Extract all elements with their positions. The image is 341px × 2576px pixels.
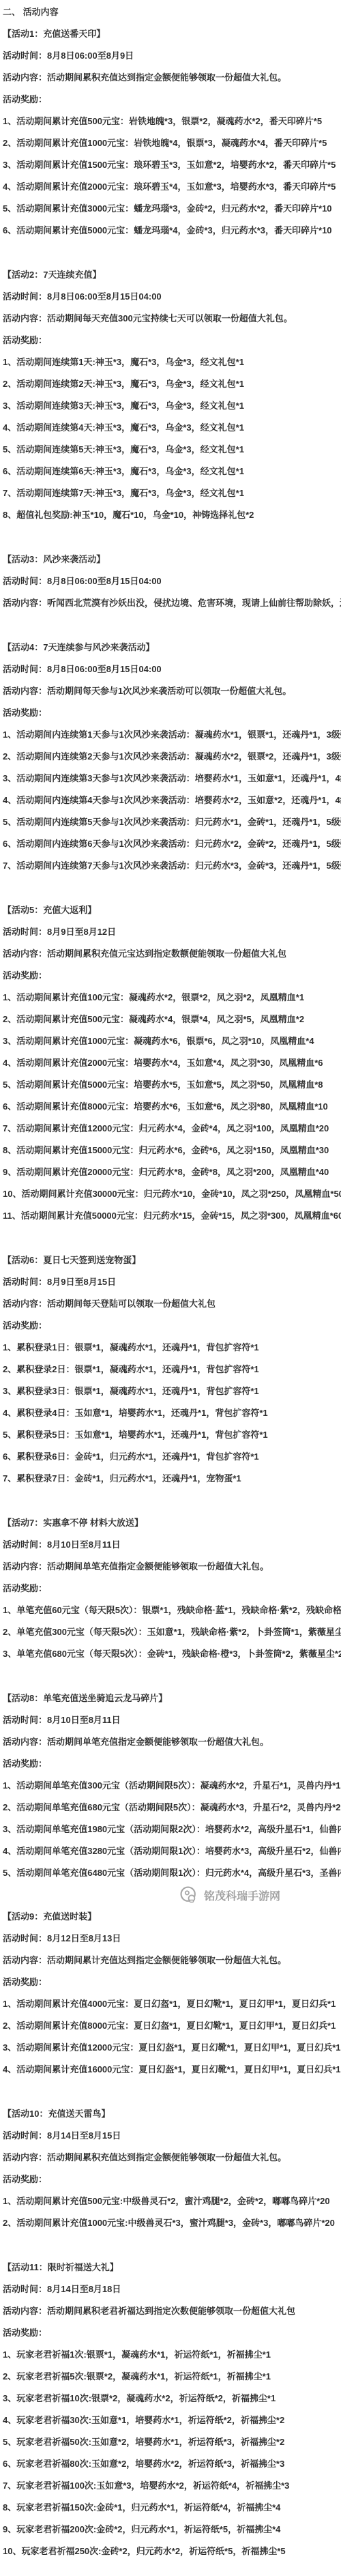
activity-time: 活动时间：8月9日至8月12日	[3, 921, 341, 943]
reward-item: 4、活动期间累计充值16000元宝：夏日幻盔*1，夏日幻靴*1，夏日幻甲*1，夏…	[3, 2059, 341, 2081]
reward-item: 3、单笔充值680元宝（每天限5次）：金砖*1，残缺命格·橙*3，卜卦签筒*2，…	[3, 1643, 341, 1665]
reward-item: 5、活动期间单笔充值6480元宝（活动期间限1次）：归元药水*4，高级升星石*3…	[3, 1862, 341, 1884]
activity-content: 活动内容：活动期间累计充值达到指定金额便能够领取一份超值大礼包。	[3, 1950, 341, 1971]
reward-label: 活动奖励：	[3, 702, 341, 724]
activity-time: 活动时间：8月10日至8月11日	[3, 1709, 341, 1731]
activity-section-4: 【活动4：7天连续参与风沙来袭活动】活动时间：8月8日06:00至8月15日04…	[3, 637, 341, 877]
reward-item: 2、单笔充值300元宝（每天限5次）：玉如意*1，残缺命格·紫*2，卜卦签筒*1…	[3, 1621, 341, 1643]
reward-item: 6、活动期间内连续第6天参与1次风沙来袭活动：归元药水*2，金砖*2，还魂丹*1…	[3, 833, 341, 855]
reward-item: 5、累积登录5日：玉如意*1，培婴药水*1，还魂丹*1，背包扩容符*1	[3, 1424, 341, 1446]
activity-section-6: 【活动6：夏日七天签到送宠物蛋】活动时间：8月9日至8月15日活动内容：活动期间…	[3, 1249, 341, 1490]
reward-item: 7、玩家老君祈福100次:玉如意*3，培婴药水*2，祈运符纸*4，祈福拂尘*3	[3, 2475, 341, 2497]
reward-item: 2、活动期间累计充值1000元宝:中级兽灵石*3，蜜汁鸡腿*3，金砖*3，嘟嘟鸟…	[3, 2212, 341, 2234]
reward-item: 6、活动期间连续第6天:神玉*3，魔石*3，乌金*3，经文礼包*1	[3, 461, 341, 482]
activity-time: 活动时间：8月14日至8月18日	[3, 2278, 341, 2300]
activity-time: 活动时间：8月8日06:00至8月15日04:00	[3, 659, 341, 680]
reward-item: 7、活动期间连续第7天:神玉*3，魔石*3，乌金*3，经文礼包*1	[3, 482, 341, 504]
activity-content: 活动内容：活动期间单笔充值指定金额便能够领取一份超值大礼包。	[3, 1731, 341, 1753]
activity-header: 【活动11：限时祈福送大礼】	[3, 2257, 341, 2278]
activity-section-2: 【活动2：7天连续充值】活动时间：8月8日06:00至8月15日04:00活动内…	[3, 264, 341, 526]
reward-item: 3、活动期间累计充值1500元宝：琅环碧玉*3，玉如意*2，培婴药水*2，番天印…	[3, 154, 341, 176]
reward-item: 1、活动期间累计充值500元宝：岩铁地魄*3，银票*2，凝魂药水*2，番天印碎片…	[3, 111, 341, 132]
reward-item: 1、活动期间累计充值4000元宝：夏日幻盔*1，夏日幻靴*1，夏日幻甲*1，夏日…	[3, 1993, 341, 2015]
activity-content: 活动内容：活动期间每天充值300元宝持续七天可以领取一份超值大礼包。	[3, 308, 341, 330]
reward-item: 5、活动期间内连续第5天参与1次风沙来袭活动：归元药水*1，金砖*1，还魂丹*1…	[3, 811, 341, 833]
reward-item: 4、活动期间累计充值2000元宝：琅环碧玉*4，玉如意*3，培婴药水*3，番天印…	[3, 176, 341, 198]
reward-item: 9、活动期间累计充值20000元宝：归元药水*8，金砖*8，凤之羽*200，凤凰…	[3, 1161, 341, 1183]
reward-item: 3、活动期间单笔充值1980元宝（活动期间限2次）：培婴药水*2，高级升星石*1…	[3, 1819, 341, 1840]
activity-section-3: 【活动3：风沙来袭活动】活动时间：8月8日06:00至8月15日04:00活动内…	[3, 549, 341, 614]
reward-label: 活动奖励：	[3, 1971, 341, 1993]
reward-item: 8、超值礼包奖励:神玉*10，魔石*10，乌金*10，神铸选择礼包*2	[3, 504, 341, 526]
reward-item: 4、活动期间单笔充值3280元宝（活动期间限1次）：培婴药水*3，高级升星石*2…	[3, 1840, 341, 1862]
activity-section-7: 【活动7：实惠拿不停 材料大放送】活动时间：8月10日至8月11日活动内容：活动…	[3, 1512, 341, 1665]
reward-item: 2、活动期间连续第2天:神玉*3，魔石*3，乌金*3，经文礼包*1	[3, 373, 341, 395]
reward-label: 活动奖励：	[3, 2322, 341, 2344]
reward-item: 1、玩家老君祈福1次:银票*1，凝魂药水*1，祈运符纸*1，祈福拂尘*1	[3, 2344, 341, 2366]
activity-content: 活动内容：活动期间每天登陆可以领取一份超值大礼包	[3, 1293, 341, 1315]
reward-item: 8、活动期间累计充值15000元宝：归元药水*6，金砖*6，凤之羽*150，凤凰…	[3, 1140, 341, 1161]
activity-section-10: 【活动10：充值送天雷鸟】活动时间：8月14日至8月15日活动内容：活动期间累积…	[3, 2103, 341, 2234]
reward-item: 5、活动期间累计充值3000元宝：蟠龙玛瑙*3，金砖*2，归元药水*2，番天印碎…	[3, 198, 341, 220]
reward-item: 6、玩家老君祈福80次:玉如意*2，培婴药水*2，祈运符纸*3，祈福拂尘*3	[3, 2453, 341, 2475]
activity-header: 【活动7：实惠拿不停 材料大放送】	[3, 1512, 341, 1534]
activity-time: 活动时间：8月12日至8月13日	[3, 1928, 341, 1950]
reward-label: 活动奖励：	[3, 89, 341, 111]
activity-section-9: 【活动9：充值送时装】活动时间：8月12日至8月13日活动内容：活动期间累计充值…	[3, 1906, 341, 2081]
activity-time: 活动时间：8月9日至8月15日	[3, 1271, 341, 1293]
reward-label: 活动奖励：	[3, 1578, 341, 1600]
reward-item: 9、玩家老君祈福200次:金砖*2，归元药水*1，祈运符纸*5，祈福拂尘*4	[3, 2519, 341, 2541]
reward-item: 1、活动期间内连续第1天参与1次风沙来袭活动：凝魂药水*1，银票*1，还魂丹*1…	[3, 724, 341, 746]
activity-header: 【活动9：充值送时装】	[3, 1906, 341, 1928]
activity-content: 活动内容：活动期间累积充值达到指定金额便能够领取一份超值大礼包。	[3, 2147, 341, 2169]
reward-item: 2、活动期间内连续第2天参与1次风沙来袭活动：凝魂药水*2，银票*2，还魂丹*1…	[3, 746, 341, 768]
reward-item: 6、活动期间累计充值8000元宝：培婴药水*6，玉如意*6，凤之羽*80，凤凰精…	[3, 1096, 341, 1118]
activity-content: 活动内容：活动期间每天参与1次风沙来袭活动可以领取一份超值大礼包。	[3, 680, 341, 702]
activity-time: 活动时间：8月8日06:00至8月15日04:00	[3, 286, 341, 308]
reward-item: 1、活动期间累计充值100元宝：凝魂药水*2，银票*2，凤之羽*2，凤凰精血*1	[3, 987, 341, 1009]
reward-item: 10、玩家老君祈福250次:金砖*2，归元药水*2，祈运符纸*5，祈福拂尘*5	[3, 2541, 341, 2562]
reward-item: 10、活动期间累计充值30000元宝：归元药水*10，金砖*10，凤之羽*250…	[3, 1183, 341, 1205]
reward-item: 8、玩家老君祈福150次:金砖*1，归元药水*1，祈运符纸*4，祈福拂尘*4	[3, 2497, 341, 2519]
activity-content: 活动内容：活动期间累积充值元宝达到指定数额便能领取一份超值大礼包	[3, 943, 341, 965]
activity-time: 活动时间：8月8日06:00至8月15日04:00	[3, 570, 341, 592]
activity-header: 【活动5：充值大返利】	[3, 899, 341, 921]
reward-item: 4、累积登录4日：玉如意*1，培婴药水*1，还魂丹*1，背包扩容符*1	[3, 1402, 341, 1424]
watermark-text: 铭茂科瑞手游网	[204, 1887, 280, 1903]
activity-header: 【活动6：夏日七天签到送宠物蛋】	[3, 1249, 341, 1271]
reward-item: 6、活动期间累计充值5000元宝：蟠龙玛瑙*4，金砖*3，归元药水*3，番天印碎…	[3, 220, 341, 242]
activity-time: 活动时间：8月10日至8月11日	[3, 1534, 341, 1556]
reward-item: 3、活动期间连续第3天:神玉*3，魔石*3，乌金*3，经文礼包*1	[3, 395, 341, 417]
reward-item: 2、活动期间单笔充值680元宝（活动期间限5次）：凝魂药水*3，升星石*2，灵兽…	[3, 1797, 341, 1819]
page-title: 二、 活动内容	[3, 1, 341, 23]
reward-label: 活动奖励：	[3, 2169, 341, 2190]
activity-content: 活动内容：听闻西北荒漠有沙妖出没，侵扰边境、危害环境，现请上仙前往帮助除妖，还一…	[3, 592, 341, 614]
reward-item: 7、活动期间内连续第7天参与1次风沙来袭活动：归元药水*3，金砖*3，还魂丹*1…	[3, 855, 341, 877]
reward-item: 7、活动期间累计充值12000元宝：归元药水*4，金砖*4，凤之羽*100，凤凰…	[3, 1118, 341, 1140]
reward-item: 2、累积登录2日：银票*1，凝魂药水*1，还魂丹*1，背包扩容符*1	[3, 1359, 341, 1380]
reward-item: 4、活动期间累计充值2000元宝：培婴药水*4，玉如意*4，凤之羽*30，凤凰精…	[3, 1052, 341, 1074]
reward-item: 2、活动期间累计充值1000元宝：岩铁地魄*4，银票*3，凝魂药水*4，番天印碎…	[3, 132, 341, 154]
reward-item: 6、累积登录6日：金砖*1，归元药水*1，还魂丹*1，背包扩容符*1	[3, 1446, 341, 1468]
watermark: 铭茂科瑞手游网	[179, 1884, 341, 1906]
activity-content: 活动内容：活动期间累积充值达到指定金额便能够领取一份超值大礼包。	[3, 67, 341, 89]
activity-header: 【活动2：7天连续充值】	[3, 264, 341, 286]
reward-item: 7、累积登录7日：金砖*1，归元药水*1，还魂丹*1，宠物蛋*1	[3, 1468, 341, 1490]
reward-item: 5、活动期间累计充值5000元宝：培婴药水*5，玉如意*5，凤之羽*50，凤凰精…	[3, 1074, 341, 1096]
activity-header: 【活动3：风沙来袭活动】	[3, 549, 341, 570]
reward-item: 2、活动期间累计充值8000元宝：夏日幻盔*1，夏日幻靴*1，夏日幻甲*1，夏日…	[3, 2015, 341, 2037]
reward-item: 4、活动期间内连续第4天参与1次风沙来袭活动：培婴药水*2，玉如意*2，还魂丹*…	[3, 790, 341, 811]
reward-item: 4、玩家老君祈福30次:玉如意*1，培婴药水*1，祈运符纸*2，祈福拂尘*2	[3, 2409, 341, 2431]
activity-section-11: 【活动11：限时祈福送大礼】活动时间：8月14日至8月18日活动内容：活动期间累…	[3, 2257, 341, 2562]
reward-item: 2、活动期间累计充值500元宝：凝魂药水*4，银票*4，凤之羽*5，凤凰精血*2	[3, 1009, 341, 1030]
activity-header: 【活动4：7天连续参与风沙来袭活动】	[3, 637, 341, 659]
activity-section-5: 【活动5：充值大返利】活动时间：8月9日至8月12日活动内容：活动期间累积充值元…	[3, 899, 341, 1227]
activity-time: 活动时间：8月14日至8月15日	[3, 2125, 341, 2147]
activity-content: 活动内容：活动期间单笔充值指定金额便能够领取一份超值大礼包。	[3, 1556, 341, 1578]
reward-item: 5、玩家老君祈福50次:玉如意*2，培婴药水*1，祈运符纸*3，祈福拂尘*2	[3, 2431, 341, 2453]
reward-item: 1、活动期间单笔充值300元宝（活动期间限5次）：凝魂药水*2，升星石*1，灵兽…	[3, 1775, 341, 1797]
reward-item: 3、累积登录3日：银票*1，凝魂药水*1，还魂丹*1，背包扩容符*1	[3, 1380, 341, 1402]
reward-item: 2、玩家老君祈福5次:银票*2，凝魂药水*1，祈运符纸*1，祈福拂尘*1	[3, 2366, 341, 2388]
watermark-logo-icon	[179, 1885, 199, 1905]
activity-header: 【活动1：充值送番天印】	[3, 23, 341, 45]
activity-header: 【活动10：充值送天雷鸟】	[3, 2103, 341, 2125]
reward-item: 11、活动期间累计充值50000元宝：归元药水*15，金砖*15，凤之羽*300…	[3, 1205, 341, 1227]
reward-item: 3、活动期间内连续第3天参与1次风沙来袭活动：培婴药水*1，玉如意*1，还魂丹*…	[3, 768, 341, 790]
activities-list: 【活动1：充值送番天印】活动时间：8月8日06:00至8月9日活动内容：活动期间…	[3, 23, 341, 2562]
reward-item: 5、活动期间连续第5天:神玉*3，魔石*3，乌金*3，经文礼包*1	[3, 439, 341, 461]
reward-label: 活动奖励：	[3, 1753, 341, 1775]
reward-label: 活动奖励：	[3, 330, 341, 351]
activity-section-8: 【活动8：单笔充值送坐骑追云龙马碎片】活动时间：8月10日至8月11日活动内容：…	[3, 1688, 341, 1884]
activity-time: 活动时间：8月8日06:00至8月9日	[3, 45, 341, 67]
reward-item: 1、活动期间连续第1天:神玉*3，魔石*3，乌金*3，经文礼包*1	[3, 351, 341, 373]
reward-label: 活动奖励：	[3, 965, 341, 987]
reward-item: 1、累积登录1日：银票*1，凝魂药水*1，还魂丹*1，背包扩容符*1	[3, 1337, 341, 1359]
reward-item: 1、活动期间累计充值500元宝:中级兽灵石*2，蜜汁鸡腿*2，金砖*2，嘟嘟鸟碎…	[3, 2190, 341, 2212]
reward-item: 4、活动期间连续第4天:神玉*3，魔石*3，乌金*3，经文礼包*1	[3, 417, 341, 439]
reward-item: 1、单笔充值60元宝（每天限5次）：银票*1，残缺命格·蓝*1，残缺命格·紫*2…	[3, 1600, 341, 1621]
reward-label: 活动奖励：	[3, 1315, 341, 1337]
activity-section-1: 【活动1：充值送番天印】活动时间：8月8日06:00至8月9日活动内容：活动期间…	[3, 23, 341, 242]
activity-header: 【活动8：单笔充值送坐骑追云龙马碎片】	[3, 1688, 341, 1709]
reward-item: 3、玩家老君祈福10次:银票*2，凝魂药水*2，祈运符纸*2，祈福拂尘*1	[3, 2388, 341, 2409]
reward-item: 3、活动期间累计充值12000元宝：夏日幻盔*1，夏日幻靴*1，夏日幻甲*1，夏…	[3, 2037, 341, 2059]
reward-item: 3、活动期间累计充值1000元宝：凝魂药水*6，银票*6，凤之羽*10，凤凰精血…	[3, 1030, 341, 1052]
activity-document: 二、 活动内容 【活动1：充值送番天印】活动时间：8月8日06:00至8月9日活…	[0, 0, 341, 2562]
activity-content: 活动内容：活动期间累积老君祈福达到指定次数便能够领取一份超值大礼包	[3, 2300, 341, 2322]
